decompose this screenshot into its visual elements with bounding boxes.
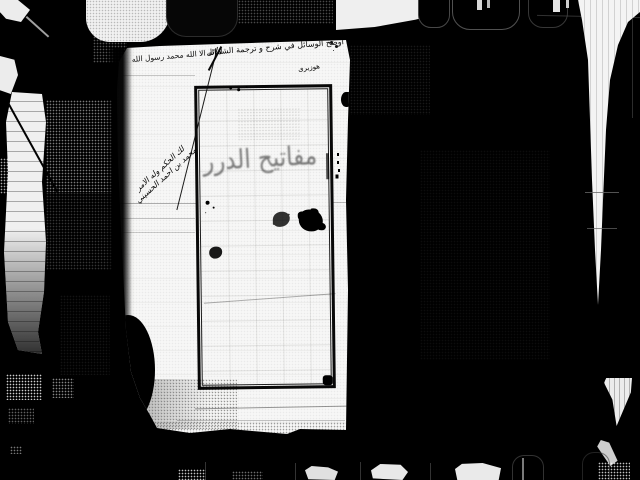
film-noise (420, 150, 550, 360)
film-noise (350, 45, 430, 115)
crease-line (177, 420, 345, 421)
crease-line (123, 75, 195, 76)
top-white-tick-2 (553, 0, 560, 12)
frame-corner-blot (323, 375, 333, 385)
right-page-edge-streak (578, 0, 640, 310)
scratch-line (26, 16, 50, 38)
ink-blot-small (209, 247, 222, 259)
bottom-paper-fragment (305, 466, 338, 480)
bottom-mottle-patch (232, 471, 263, 480)
bottom-mottle-patch (178, 469, 206, 480)
ink-blot-medium (273, 212, 290, 227)
bottom-tab-line (205, 462, 206, 480)
top-clamp-right-shape (336, 0, 428, 30)
top-mottle-patch (238, 0, 333, 24)
ink-blot-large (299, 209, 323, 231)
bottom-tab-line (295, 463, 296, 480)
diagonal-crease (204, 293, 336, 304)
top-white-tick-1 (477, 0, 482, 10)
corner-ink-flourish (330, 41, 333, 44)
speckle-patch (8, 408, 34, 424)
margin-ink-marks (337, 153, 339, 156)
right-bottom-wedge (604, 378, 632, 426)
gutter-shadow (106, 48, 132, 436)
bottom-tab-line (430, 463, 431, 480)
manuscript-scan-canvas: لا اله الا الله محمد رسول الله اوضح الوس… (0, 0, 640, 480)
frame-title-calligraphy: مفاتيح الدرر (193, 140, 326, 177)
film-noise (60, 295, 110, 375)
manuscript-page: لا اله الا الله محمد رسول الله اوضح الوس… (117, 39, 351, 435)
scan-edge-line (632, 18, 633, 118)
top-dark-tab-shape (166, 0, 238, 37)
corner-paper-fragment (0, 56, 18, 94)
ink-specks (229, 86, 232, 89)
frame-edge-smudge (326, 153, 329, 179)
bottom-paper-fragment (371, 464, 408, 480)
left-halftone-upper (46, 100, 112, 192)
crease-line (585, 192, 619, 193)
edge-speckles (0, 158, 8, 194)
crease-line (587, 228, 617, 229)
title-frame-border: مفاتيح الدرر (194, 84, 336, 390)
bottom-tab-outline (512, 455, 544, 480)
bottom-tab-line (360, 462, 361, 480)
left-halftone-lower (46, 192, 112, 270)
title-frame-inner-rule: مفاتيح الدرر (198, 88, 332, 386)
speckle-patch (6, 374, 42, 400)
ink-specks (206, 201, 210, 205)
top-tab-outline-1 (418, 0, 450, 28)
corner-paper-fragment (0, 0, 30, 22)
bottom-paper-fragment (455, 463, 501, 480)
bottom-edge-mottle (147, 422, 347, 434)
top-tab-outline-3 (528, 0, 568, 28)
bottom-tab-outline (582, 452, 610, 480)
top-tab-outline-2 (452, 0, 520, 30)
speckle-patch (52, 378, 74, 398)
speckle-patch (10, 446, 22, 454)
crease-line (333, 202, 351, 203)
foxing-speckles (237, 108, 299, 141)
